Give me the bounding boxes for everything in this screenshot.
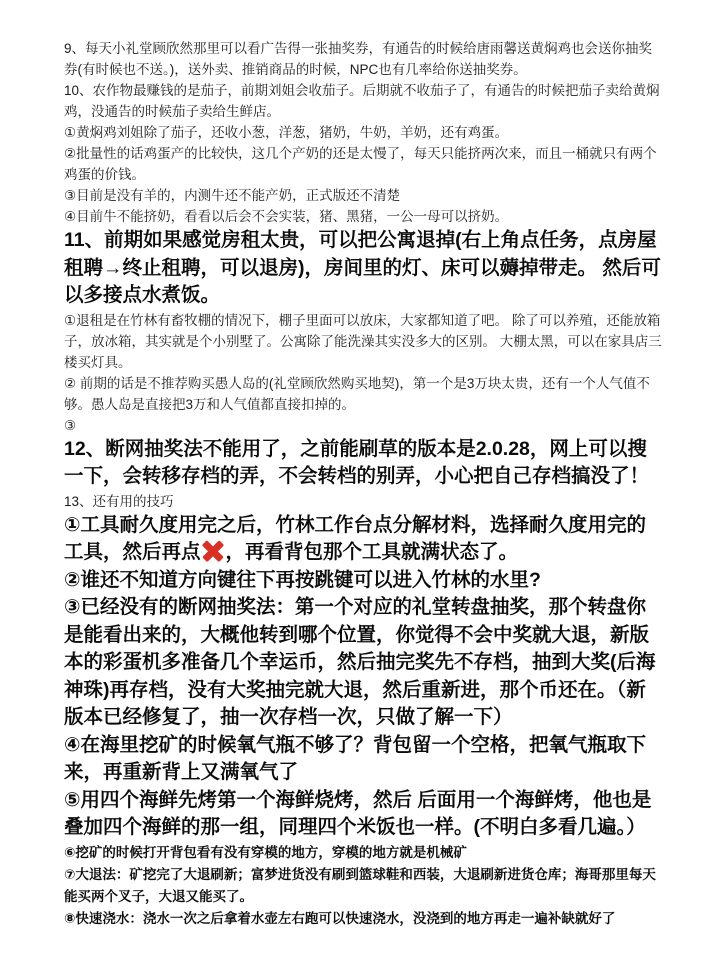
- tip-13-item-7: ⑦大退法：矿挖完了大退刷新；富梦进货没有刷到篮球鞋和西装，大退刷新进货仓库；海哥…: [64, 864, 662, 908]
- tip-section-10: 10、农作物最赚钱的是茄子，前期刘姐会收茄子。后期就不收茄子了，有通告的时候把茄…: [64, 80, 662, 122]
- tip-10-note-3: ③目前是没有羊的，内测牛还不能产奶，正式版还不清楚: [64, 185, 662, 206]
- tip-section-12: 12、断网抽奖法不能用了，之前能刷草的版本是2.0.28，网上可以搜一下，会转移…: [64, 436, 662, 491]
- tip-13-item-8: ⑧快速浇水：浇水一次之后拿着水壶左右跑可以快速浇水，没浇到的地方再走一遍补缺就好…: [64, 908, 662, 930]
- document-page: { "colors": { "background": "#ffffff", "…: [0, 0, 720, 958]
- tip-13-item-1-after-x: ，再看背包那个工具就满状态了。: [226, 541, 519, 563]
- tip-13-item-2: ②谁还不知道方向键往下再按跳键可以进入竹林的水里?: [64, 567, 662, 595]
- red-cross-mark-icon: [203, 542, 224, 560]
- tip-10-note-4: ④目前牛不能挤奶，看看以后会不会实装，猪、黑猪，一公一母可以挤奶。: [64, 206, 662, 227]
- tip-11-note-3: ③: [64, 415, 662, 436]
- tip-10-note-1: ①黄焖鸡刘姐除了茄子，还收小葱，洋葱，猪奶，牛奶，羊奶，还有鸡蛋。: [64, 122, 662, 143]
- tips-text-page: 9、每天小礼堂顾欣然那里可以看广告得一张抽奖券，有通告的时候给唐雨馨送黄焖鸡也会…: [0, 0, 720, 930]
- tip-section-9: 9、每天小礼堂顾欣然那里可以看广告得一张抽奖券，有通告的时候给唐雨馨送黄焖鸡也会…: [64, 38, 662, 80]
- tip-13-item-5: ⑤用四个海鲜先烤第一个海鲜烧烤，然后 后面用一个海鲜烤，他也是叠加四个海鲜的那一…: [64, 787, 662, 842]
- tip-13-item-4: ④在海里挖矿的时候氧气瓶不够了？背包留一个空格，把氧气瓶取下来，再重新背上又满氧…: [64, 732, 662, 787]
- tip-13-item-1: ①工具耐久度用完之后，竹林工作台点分解材料，选择耐久度用完的工具，然后再点，再看…: [64, 512, 662, 567]
- tip-11-note-2: ② 前期的话是不推荐购买愚人岛的(礼堂顾欣然购买地契)，第一个是3万块太贵，还有…: [64, 373, 662, 415]
- tip-section-11: 11、前期如果感觉房租太贵，可以把公寓退掉(右上角点任务，点房屋租聘→终止租聘，…: [64, 227, 662, 310]
- tip-section-13: 13、还有用的技巧: [64, 491, 662, 512]
- tip-11-note-1: ①退租是在竹林有畜牧棚的情况下，棚子里面可以放床，大家都知道了吧。 除了可以养殖…: [64, 310, 662, 373]
- tip-10-note-2: ②批量性的话鸡蛋产的比较快，这几个产奶的还是太慢了，每天只能挤两次来，而且一桶就…: [64, 143, 662, 185]
- tip-13-item-3: ③已经没有的断网抽奖法：第一个对应的礼堂转盘抽奖，那个转盘你是能看出来的，大概他…: [64, 594, 662, 732]
- tip-13-item-6: ⑥挖矿的时候打开背包看有没有穿模的地方，穿模的地方就是机械矿: [64, 842, 662, 864]
